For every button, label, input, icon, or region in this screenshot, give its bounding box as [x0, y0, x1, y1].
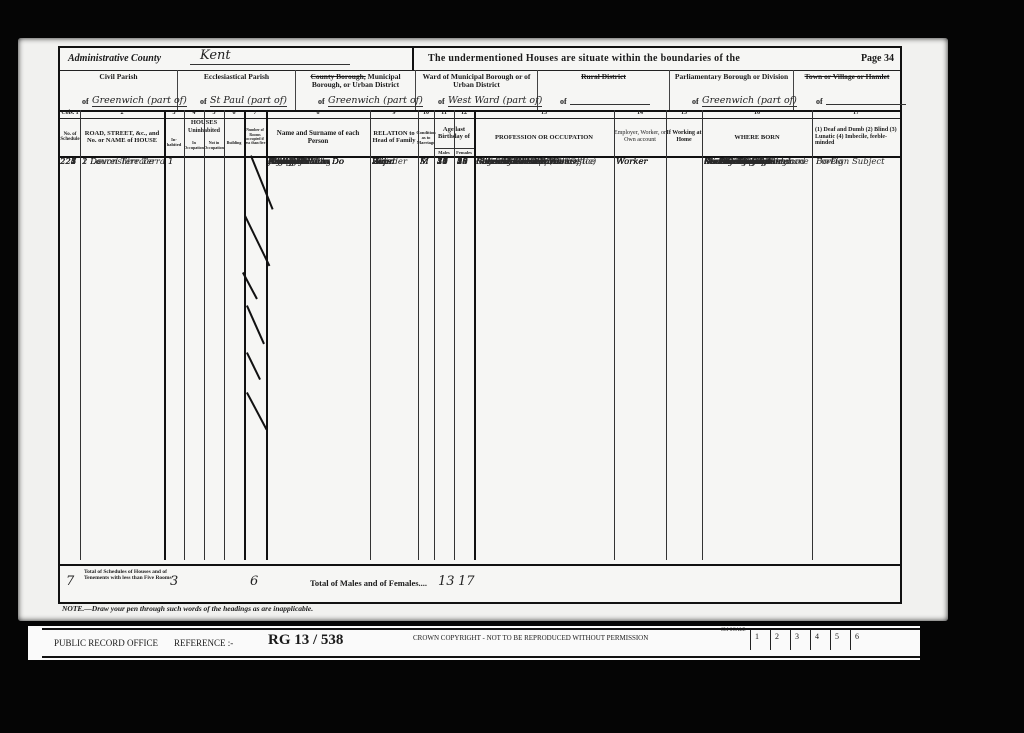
column-number: 10: [418, 110, 434, 116]
administrative-county-label: Administrative County: [68, 53, 161, 64]
area-town-village: Town or Village or Hamlet of: [794, 70, 900, 110]
area-label: Parliamentary Borough or Division: [670, 73, 793, 81]
col-relation-heading: RELATION to Head of Family: [370, 118, 418, 156]
col-infirmity-heading: (1) Deaf and Dumb (2) Blind (3) Lunatic …: [812, 118, 900, 156]
column-rule: [80, 110, 81, 560]
column-rule: [614, 110, 615, 560]
column-rule: [266, 110, 268, 560]
column-rule: [370, 110, 371, 560]
area-ward: Ward of Municipal Borough or of Urban Di…: [416, 70, 538, 110]
total-schedules-label: Total of Schedules of Houses and of Tene…: [84, 569, 172, 581]
area-value: Greenwich (part of): [92, 95, 187, 107]
scale-mark: 5: [830, 630, 850, 650]
area-value: Greenwich (part of): [328, 95, 423, 107]
col-born-heading: WHERE BORN: [702, 118, 812, 156]
col-in-occupation-heading: In Occupation: [184, 135, 204, 156]
cell-employer: [616, 156, 664, 170]
cell-name: Elizabeth: [268, 156, 330, 170]
census-enumeration-form: Administrative County Kent The underment…: [58, 46, 902, 604]
column-number: 11: [434, 110, 454, 116]
column-number: 15: [666, 110, 702, 116]
cell-occupation: [476, 156, 612, 170]
tally-stroke: [246, 392, 267, 430]
column-rule: [434, 110, 435, 560]
column-rule: [164, 110, 166, 560]
column-rule: [224, 110, 225, 560]
scale-mark: 2: [770, 630, 790, 650]
boundaries-title: The undermentioned Houses are situate wi…: [428, 53, 740, 64]
col-inhabited-heading: In-habited: [164, 128, 184, 156]
area-of: of: [692, 97, 699, 106]
reference-label: REFERENCE :-: [174, 638, 233, 648]
area-of: of: [318, 97, 325, 106]
area-label: Rural District: [538, 73, 669, 81]
archive-footer-strip: PUBLIC RECORD OFFICE REFERENCE :- RG 13 …: [28, 626, 920, 660]
area-of: of: [200, 97, 207, 106]
column-number: 9: [370, 110, 418, 116]
public-record-office-label: PUBLIC RECORD OFFICE: [54, 638, 158, 648]
column-rule: [454, 110, 455, 560]
column-rule: [204, 110, 205, 560]
cell-male: [437, 156, 454, 170]
tally-stroke: [246, 352, 261, 380]
cell-ditto: Do: [332, 156, 368, 170]
area-divisions-row: Civil Parish of Greenwich (part of) Eccl…: [60, 70, 900, 112]
area-parliamentary-borough: Parliamentary Borough or Division of Gre…: [670, 70, 794, 110]
column-number: 7: [244, 110, 266, 116]
column-rule: [244, 110, 246, 560]
cell-road: [82, 156, 164, 170]
area-civil-parish: Civil Parish of Greenwich (part of): [60, 70, 178, 110]
column-number: 6: [224, 110, 244, 116]
area-label: Town or Village or Hamlet: [794, 73, 900, 81]
column-rule: [418, 110, 419, 560]
column-number: 14: [614, 110, 666, 116]
column-number: 3: [164, 110, 184, 116]
column-headings-row: No. of Schedule ROAD, STREET, &c., and N…: [60, 118, 900, 158]
cell-inhabited: [168, 156, 182, 170]
area-municipal-borough: County Borough, Municipal Borough, or Ur…: [296, 70, 416, 110]
column-rule: [184, 110, 185, 560]
cell-relation: Daur: [372, 156, 416, 170]
area-value: St Paul (part of): [210, 95, 287, 107]
area-blank-line: [826, 104, 906, 105]
column-rule: [812, 110, 813, 560]
column-rule: [474, 110, 476, 560]
area-of: of: [438, 97, 445, 106]
column-rule: [702, 110, 703, 560]
total-males-females-label: Total of Males and of Females....: [310, 578, 427, 588]
administrative-county-underline: [190, 64, 350, 65]
cell-schedule: [60, 156, 80, 170]
copyright-notice: CROWN COPYRIGHT - NOT TO BE REPRODUCED W…: [413, 634, 648, 642]
page-number: Page 34: [861, 53, 894, 64]
tally-stroke: [246, 305, 265, 344]
cell-born: Do Do: [704, 156, 810, 170]
total-females: 17: [458, 574, 475, 589]
column-number: 13: [474, 110, 614, 116]
col-not-in-occupation-heading: Not in Occupation: [204, 135, 224, 156]
total-rooms: 6: [250, 574, 258, 589]
column-number: 12: [454, 110, 474, 116]
column-number: Cols. 1: [60, 110, 80, 116]
column-number: 17: [812, 110, 900, 116]
col-schedule-heading: No. of Schedule: [60, 118, 80, 156]
column-number: 2: [80, 110, 164, 116]
scale-mark: 1: [750, 630, 770, 650]
cm-scale-label: CM SCALE: [718, 628, 748, 634]
area-value: Greenwich (part of): [702, 95, 797, 107]
column-number: 4: [184, 110, 204, 116]
area-label: Civil Parish: [60, 73, 177, 81]
form-title-row: Administrative County Kent The underment…: [60, 48, 900, 71]
area-label: Ecclesiastical Parish: [178, 73, 295, 81]
column-number: 8: [266, 110, 370, 116]
totals-row: 7 Total of Schedules of Houses and of Te…: [60, 564, 900, 602]
column-number: 16: [702, 110, 812, 116]
cm-scale: 123456: [750, 630, 920, 650]
col-rooms-heading: Number of Rooms occupied if less than fi…: [244, 118, 266, 156]
col-males-heading: Males: [434, 148, 454, 156]
area-of: of: [82, 97, 89, 106]
col-road-heading: ROAD, STREET, &c., and No. or NAME of HO…: [80, 118, 164, 156]
area-label: County Borough, Municipal Borough, or Ur…: [296, 73, 415, 89]
area-value: West Ward (part of): [448, 95, 542, 107]
area-blank-line: [570, 104, 650, 105]
column-number: 5: [204, 110, 224, 116]
total-males: 13: [438, 574, 455, 589]
column-rule: [666, 110, 667, 560]
area-of: of: [816, 97, 823, 106]
area-of: of: [560, 97, 567, 106]
scale-mark: 4: [810, 630, 830, 650]
col-building-heading: Building: [224, 128, 244, 156]
footer-rule: [42, 656, 920, 658]
total-inhabited: 3: [170, 574, 178, 589]
col-females-heading: Females: [454, 148, 474, 156]
reference-value: RG 13 / 538: [268, 632, 343, 649]
col-employer-heading: Employer, Worker, or Own account: [614, 118, 666, 156]
area-label: Ward of Municipal Borough or of Urban Di…: [416, 73, 537, 89]
form-note: NOTE.—Draw your pen through such words o…: [62, 604, 313, 613]
cell-cond: [420, 156, 434, 170]
administrative-county-value: Kent: [200, 48, 231, 63]
cell-female: 5: [457, 156, 474, 170]
scale-mark: 6: [850, 630, 870, 650]
cell-infirm: [816, 156, 898, 170]
scale-mark: 3: [790, 630, 810, 650]
col-name-heading: Name and Surname of each Person: [266, 118, 370, 156]
administrative-county-box: Administrative County Kent: [60, 48, 414, 70]
area-ecclesiastical-parish: Ecclesiastical Parish of St Paul (part o…: [178, 70, 296, 110]
col-condition-heading: Condition as to Marriage: [418, 118, 434, 156]
col-at-home-heading: If Working at Home: [666, 118, 702, 156]
area-rural-district: Rural District of: [538, 70, 670, 110]
total-schedules-count: 7: [66, 574, 74, 589]
col-occupation-heading: PROFESSION OR OCCUPATION: [474, 118, 614, 156]
